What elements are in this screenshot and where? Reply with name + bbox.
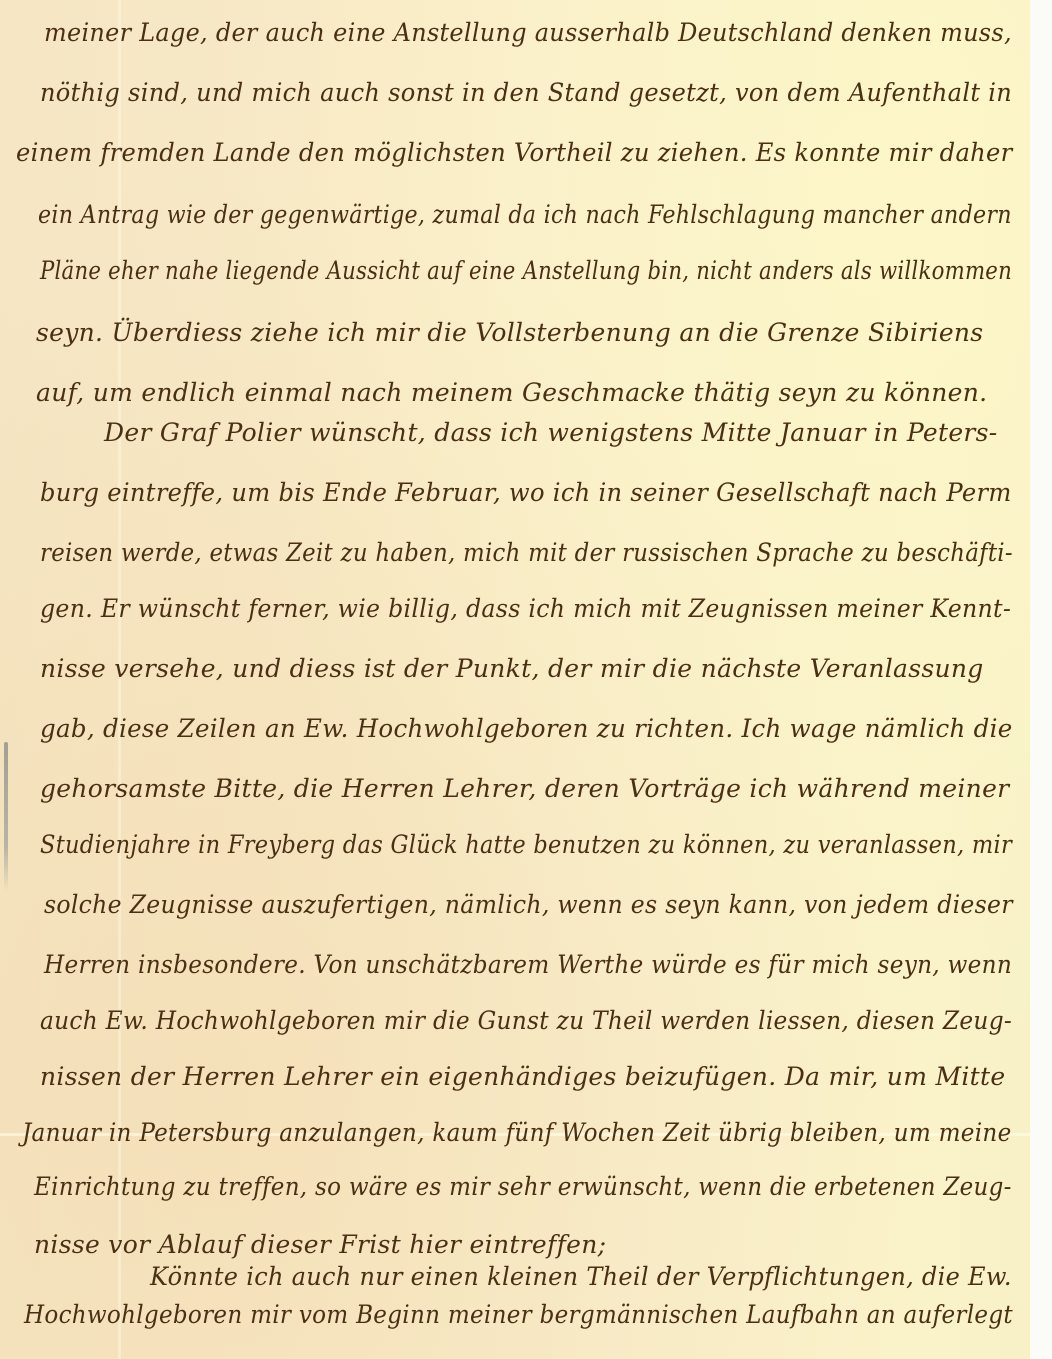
letter-line: seyn. Überdiess ziehe ich mir die Vollst… xyxy=(36,318,983,347)
pencil-margin-mark xyxy=(4,742,8,892)
letter-line: ein Antrag wie der gegenwärtige, zumal d… xyxy=(38,200,1012,229)
letter-line: burg eintreffe, um bis Ende Februar, wo … xyxy=(40,478,1012,507)
letter-line: nöthig sind, und mich auch sonst in den … xyxy=(40,78,1012,107)
letter-line: nisse vor Ablauf dieser Frist hier eintr… xyxy=(34,1230,606,1259)
letter-line: gab, diese Zeilen an Ew. Hochwohlgeboren… xyxy=(40,714,1013,743)
letter-line: nisse versehe, und diess ist der Punkt, … xyxy=(40,654,984,683)
letter-line: Studienjahre in Freyberg das Glück hatte… xyxy=(40,830,1012,859)
letter-line: reisen werde, etwas Zeit zu haben, mich … xyxy=(40,538,1013,567)
letter-line: Einrichtung zu treffen, so wäre es mir s… xyxy=(34,1172,1012,1201)
letter-line: gehorsamste Bitte, die Herren Lehrer, de… xyxy=(40,774,1009,803)
letter-line: auf, um endlich einmal nach meinem Gesch… xyxy=(36,378,987,407)
letter-line: Januar in Petersburg anzulangen, kaum fü… xyxy=(22,1118,1012,1147)
letter-line: Hochwohlgeboren mir vom Beginn meiner be… xyxy=(24,1300,1013,1329)
letter-line: gen. Er wünscht ferner, wie billig, dass… xyxy=(40,594,1011,623)
letter-line: Der Graf Polier wünscht, dass ich wenigs… xyxy=(104,418,998,447)
letter-line: meiner Lage, der auch eine Anstellung au… xyxy=(44,18,992,47)
letter-page: meiner Lage, der auch eine Anstellung au… xyxy=(0,0,1030,1359)
letter-line: Könnte ich auch nur einen kleinen Theil … xyxy=(150,1262,1012,1291)
letter-line: Herren insbesondere. Von unschätzbarem W… xyxy=(44,950,1012,979)
letter-line: Pläne eher nahe liegende Aussicht auf ei… xyxy=(40,256,1012,285)
letter-line: einem fremden Lande den möglichsten Vort… xyxy=(16,138,1013,167)
letter-line: solche Zeugnisse auszufertigen, nämlich,… xyxy=(44,890,1013,919)
letter-line: auch Ew. Hochwohlgeboren mir die Gunst z… xyxy=(40,1006,1012,1035)
letter-line: nissen der Herren Lehrer ein eigenhändig… xyxy=(40,1062,1005,1091)
